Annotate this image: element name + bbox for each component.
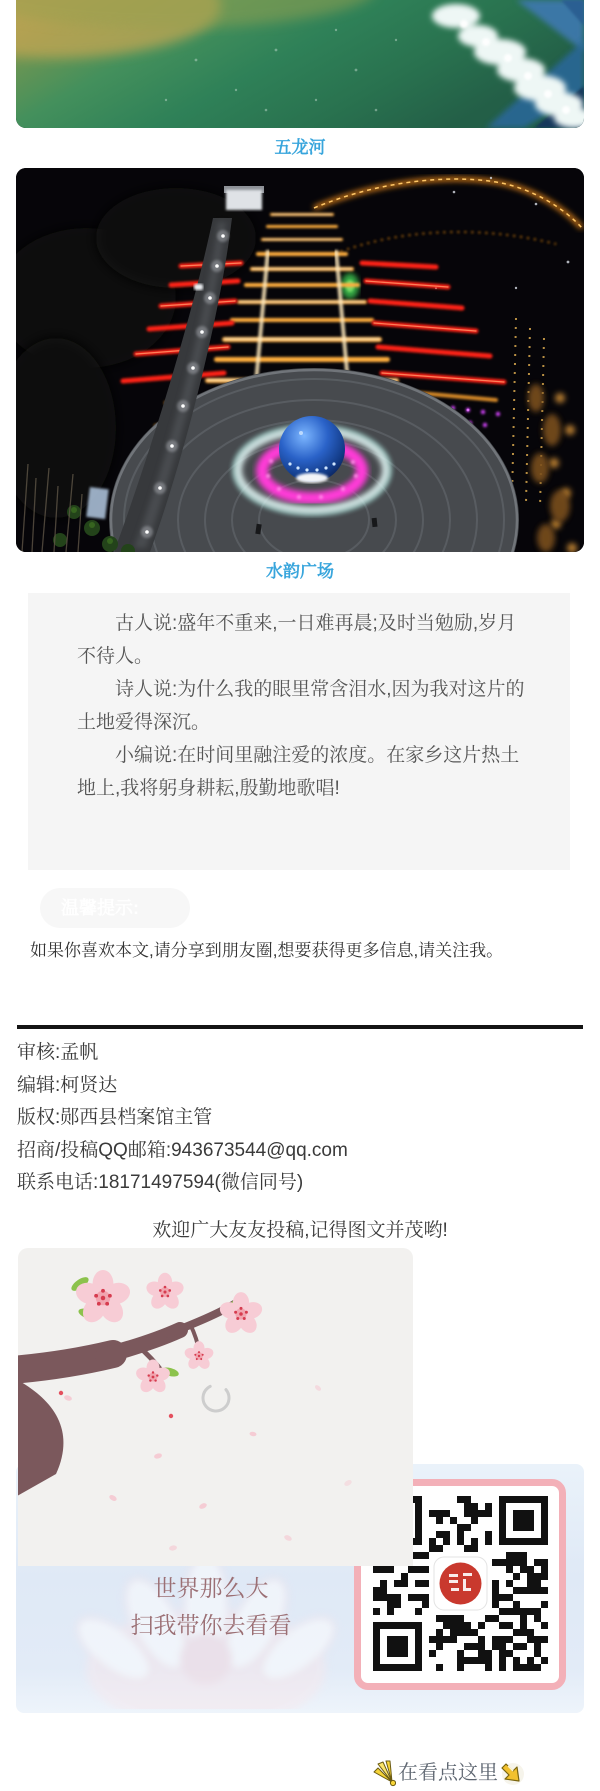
submission-note: 欢迎广大友友投稿,记得图文并茂哟! bbox=[0, 1220, 600, 1242]
article-page: 五龙河 bbox=[0, 0, 600, 1791]
river-photo[interactable] bbox=[16, 0, 584, 128]
scan-slogan-line1: 世界那么大 bbox=[46, 1570, 376, 1607]
quote-paragraph: 小编说:在时间里融注爱的浓度。在家乡这片热土地上,我将躬身耕耘,殷勤地歌唱! bbox=[77, 739, 530, 805]
plaza-photo-art bbox=[16, 168, 584, 552]
blossom-gif-card[interactable] bbox=[18, 1248, 413, 1566]
section-divider bbox=[17, 1025, 583, 1029]
clap-burst-icon bbox=[370, 1758, 396, 1788]
warm-tips-pill: 温馨提示: bbox=[40, 888, 190, 928]
plaza-photo[interactable] bbox=[16, 168, 584, 552]
credit-reviewer: 审核:孟帆 bbox=[17, 1037, 583, 1070]
blossom-art bbox=[18, 1248, 413, 1566]
credit-editor: 编辑:柯贤达 bbox=[17, 1070, 583, 1103]
river-photo-art bbox=[16, 0, 584, 128]
qr-center-seal bbox=[434, 1557, 487, 1610]
quote-paragraph: 古人说:盛年不重来,一日难再晨;及时当勉励,岁月不待人。 bbox=[77, 607, 530, 673]
share-prompt-text: 如果你喜欢本文,请分享到朋友圈,想要获得更多信息,请关注我。 bbox=[30, 940, 575, 962]
scan-slogan-line2: 扫我带你去看看 bbox=[46, 1607, 376, 1644]
arrow-down-right-icon bbox=[500, 1760, 526, 1788]
footer-cta: 在看点这里 bbox=[370, 1748, 592, 1788]
credit-phone: 联系电话:18171497594(微信同号) bbox=[17, 1167, 583, 1200]
credit-email: 招商/投稿QQ邮箱:943673544@qq.com bbox=[17, 1135, 583, 1168]
credits-block: 审核:孟帆 编辑:柯贤达 版权:郧西县档案馆主管 招商/投稿QQ邮箱:94367… bbox=[17, 1037, 583, 1200]
scan-slogan: 世界那么大 扫我带你去看看 bbox=[46, 1570, 376, 1644]
credit-copyright: 版权:郧西县档案馆主管 bbox=[17, 1102, 583, 1135]
photo-caption-river: 五龙河 bbox=[0, 137, 600, 158]
quote-box: 古人说:盛年不重来,一日难再晨;及时当勉励,岁月不待人。 诗人说:为什么我的眼里… bbox=[28, 593, 570, 870]
quote-paragraph: 诗人说:为什么我的眼里常含泪水,因为我对这片的土地爱得深沉。 bbox=[77, 673, 530, 739]
photo-caption-plaza: 水韵广场 bbox=[0, 561, 600, 582]
loading-spinner bbox=[198, 1380, 235, 1417]
footer-cta-text: 在看点这里 bbox=[398, 1760, 498, 1786]
